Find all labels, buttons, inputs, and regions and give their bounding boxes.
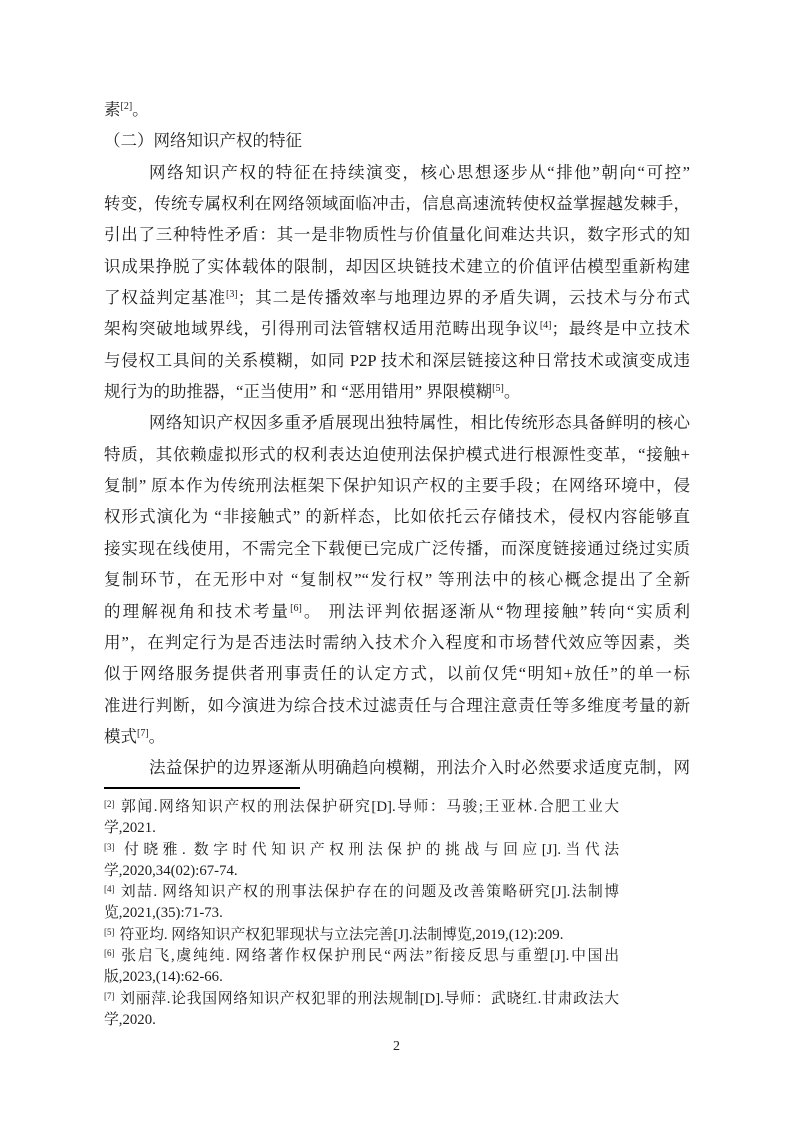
body-line: 模式[7]。 bbox=[104, 721, 690, 752]
footnote: [2]郭闻.网络知识产权的刑法保护研究[D].导师：马骏;王亚林.合肥工业大学,… bbox=[104, 797, 619, 840]
footnotes: [2]郭闻.网络知识产权的刑法保护研究[D].导师：马骏;王亚林.合肥工业大学,… bbox=[104, 797, 619, 1031]
footnote-line: 学,2020,34(02):67-74. bbox=[104, 861, 619, 882]
section-heading: （二）网络知识产权的特征 bbox=[104, 125, 690, 156]
body-line: 引出了三种特性矛盾：其一是非物质性与价值量化间难达共识，数字形式的知 bbox=[104, 219, 690, 250]
footnote-marker: [2] bbox=[104, 799, 115, 809]
superscript-ref: [5] bbox=[492, 383, 504, 394]
footnote-line: 览,2021,(35):71-73. bbox=[104, 903, 619, 924]
body-line: 的理解视角和技术考量[6]。 刑法评判依据逐渐从“物理接触”转向“实质利 bbox=[104, 596, 690, 627]
superscript-ref: [4] bbox=[540, 320, 552, 331]
body-line: 权形式演化为 “非接触式” 的新样态，比如依托云存储技术，侵权内容能够直 bbox=[104, 501, 690, 532]
footnote-marker: [5] bbox=[104, 927, 115, 937]
superscript-ref: [2] bbox=[121, 101, 133, 112]
body-line: 网络知识产权的特征在持续演变，核心思想逐步从“排他”朝向“可控” bbox=[104, 157, 690, 188]
body-line: 接实现在线使用，不需完全下载便已完成广泛传播，而深度链接通过绕过实质 bbox=[104, 533, 690, 564]
superscript-ref: [6] bbox=[290, 603, 302, 614]
superscript-ref: [7] bbox=[137, 728, 149, 739]
body-line: 复制” 原本作为传统刑法框架下保护知识产权的主要手段；在网络环境中，侵 bbox=[104, 470, 690, 501]
footnote-marker: [4] bbox=[104, 884, 115, 894]
footnote-line: [2]郭闻.网络知识产权的刑法保护研究[D].导师：马骏;王亚林.合肥工业大 bbox=[104, 797, 619, 818]
body-line: 规行为的助推器，“正当使用” 和 “恶用错用” 界限模糊[5]。 bbox=[104, 376, 690, 407]
body-line: 与侵权工具间的关系模糊，如同 P2P 技术和深层链接这种日常技术或演变成违 bbox=[104, 345, 690, 376]
footnote-marker: [7] bbox=[104, 991, 115, 1001]
page-number: 2 bbox=[0, 1038, 793, 1056]
footnote-marker: [6] bbox=[104, 948, 115, 958]
body-line: 似于网络服务提供者刑事责任的认定方式，以前仅凭“明知+放任”的单一标 bbox=[104, 658, 690, 689]
footnote: [4]刘喆. 网络知识产权的刑事法保护存在的问题及改善策略研究[J].法制博览,… bbox=[104, 882, 619, 925]
footnote-line: [5]符亚均. 网络知识产权犯罪现状与立法完善[J].法制博览,2019,(12… bbox=[104, 925, 619, 946]
body-line: 特质，其依赖虚拟形式的权利表达迫使刑法保护模式进行根源性变革，“接触+ bbox=[104, 439, 690, 470]
footnote-separator bbox=[104, 787, 300, 789]
footnote: [7]刘丽萍.论我国网络知识产权犯罪的刑法规制[D].导师：武晓红.甘肃政法大学… bbox=[104, 989, 619, 1032]
document-page: 素[2]。（二）网络知识产权的特征网络知识产权的特征在持续演变，核心思想逐步从“… bbox=[0, 0, 793, 1122]
body-text: 素[2]。（二）网络知识产权的特征网络知识产权的特征在持续演变，核心思想逐步从“… bbox=[104, 94, 690, 784]
footnote-line: [6]张启飞,虞纯纯. 网络著作权保护刑民“两法”衔接反思与重塑[J].中国出 bbox=[104, 946, 619, 967]
body-line: 识成果挣脱了实体载体的限制，却因区块链技术建立的价值评估模型重新构建 bbox=[104, 251, 690, 282]
footnote: [6]张启飞,虞纯纯. 网络著作权保护刑民“两法”衔接反思与重塑[J].中国出版… bbox=[104, 946, 619, 989]
footnote: [5]符亚均. 网络知识产权犯罪现状与立法完善[J].法制博览,2019,(12… bbox=[104, 925, 619, 946]
footnote-line: 版,2023,(14):62-66. bbox=[104, 967, 619, 988]
footnote-line: [7]刘丽萍.论我国网络知识产权犯罪的刑法规制[D].导师：武晓红.甘肃政法大 bbox=[104, 989, 619, 1010]
footnote-line: 学,2021. bbox=[104, 818, 619, 839]
body-line: 准进行判断，如今演进为综合技术过滤责任与合理注意责任等多维度考量的新 bbox=[104, 690, 690, 721]
body-line: 转变，传统专属权利在网络领域面临冲击，信息高速流转使权益掌握越发棘手， bbox=[104, 188, 690, 219]
superscript-ref: [3] bbox=[226, 289, 238, 300]
body-line: 架构突破地域界线，引得刑司法管辖权适用范畴出现争议[4]；最终是中立技术 bbox=[104, 313, 690, 344]
body-line: 了权益判定基准[3]；其二是传播效率与地理边界的矛盾失调，云技术与分布式 bbox=[104, 282, 690, 313]
body-line: 用”，在判定行为是否违法时需纳入技术介入程度和市场替代效应等因素，类 bbox=[104, 627, 690, 658]
body-line: 法益保护的边界逐渐从明确趋向模糊，刑法介入时必然要求适度克制，网 bbox=[104, 752, 690, 783]
footnote-line: [4]刘喆. 网络知识产权的刑事法保护存在的问题及改善策略研究[J].法制博 bbox=[104, 882, 619, 903]
body-line: 素[2]。 bbox=[104, 94, 690, 125]
body-line: 复制环节，在无形中对 “复制权”“发行权” 等刑法中的核心概念提出了全新 bbox=[104, 564, 690, 595]
footnote-line: 学,2020. bbox=[104, 1010, 619, 1031]
footnote-marker: [3] bbox=[104, 842, 115, 852]
footnote: [3]付晓雅. 数字时代知识产权刑法保护的挑战与回应[J].当代法学,2020,… bbox=[104, 840, 619, 883]
body-line: 网络知识产权因多重矛盾展现出独特属性，相比传统形态具备鲜明的核心 bbox=[104, 407, 690, 438]
footnote-line: [3]付晓雅. 数字时代知识产权刑法保护的挑战与回应[J].当代法 bbox=[104, 840, 619, 861]
